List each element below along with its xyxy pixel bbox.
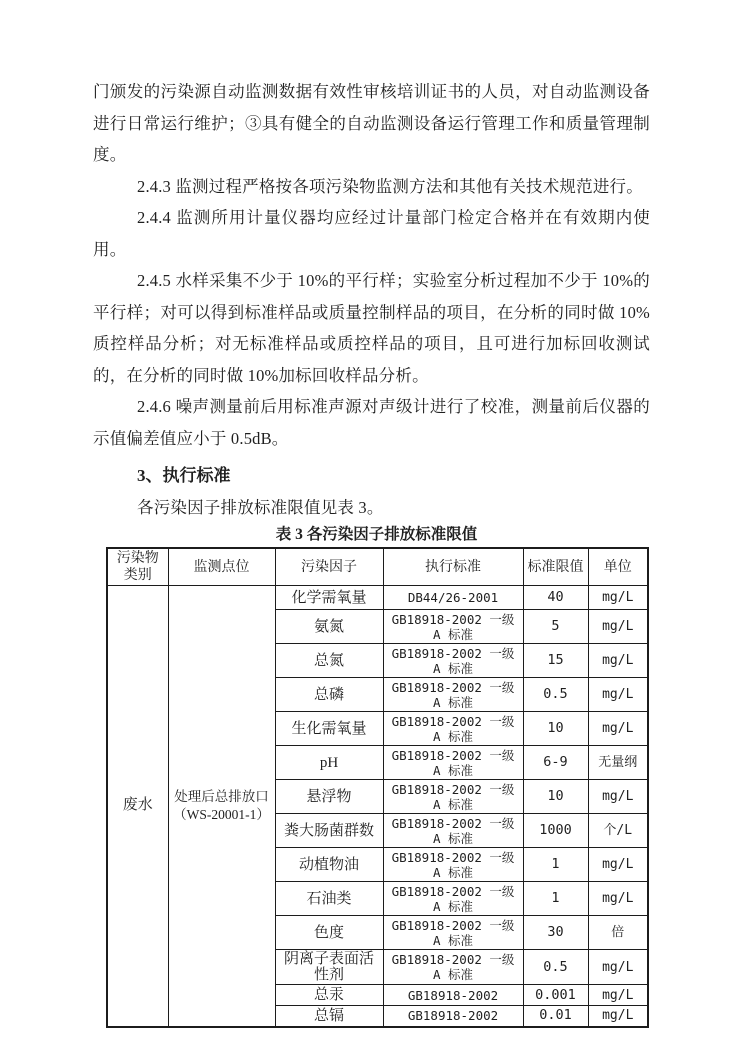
cell-unit: mg/L [588,780,648,814]
paragraph-2-4-4: 2.4.4 监测所用计量仪器均应经过计量部门检定合格并在有效期内使用。 [93,202,650,265]
header-pollutant-factor: 污染因子 [275,548,383,586]
cell-limit: 0.001 [523,985,588,1006]
paragraph-2-4-6: 2.4.6 噪声测量前后用标准声源对声级计进行了校准，测量前后仪器的示值偏差值应… [93,391,650,454]
header-monitoring-point: 监测点位 [168,548,275,586]
cell-factor: 化学需氧量 [275,586,383,610]
cell-category: 废水 [107,586,168,1027]
cell-limit: 1000 [523,814,588,848]
cell-unit: mg/L [588,644,648,678]
table-title: 表 3 各污染因子排放标准限值 [106,525,647,545]
cell-standard: GB18918-2002 一级 A 标准 [383,950,523,985]
cell-factor: 动植物油 [275,848,383,882]
header-executed-standard: 执行标准 [383,548,523,586]
cell-standard: GB18918-2002 [383,985,523,1006]
cell-standard: DB44/26-2001 [383,586,523,610]
cell-limit: 0.5 [523,950,588,985]
cell-standard: GB18918-2002 一级 A 标准 [383,712,523,746]
cell-unit: mg/L [588,985,648,1006]
table-header-row: 污染物类别 监测点位 污染因子 执行标准 标准限值 单位 [107,548,648,586]
cell-factor: 生化需氧量 [275,712,383,746]
cell-unit: mg/L [588,712,648,746]
cell-standard: GB18918-2002 一级 A 标准 [383,848,523,882]
cell-unit: mg/L [588,610,648,644]
cell-factor: 总汞 [275,985,383,1006]
paragraph-continuation: 门颁发的污染源自动监测数据有效性审核培训证书的人员，对自动监测设备进行日常运行维… [93,76,650,171]
cell-limit: 6-9 [523,746,588,780]
cell-limit: 1 [523,848,588,882]
cell-factor: 氨氮 [275,610,383,644]
cell-limit: 10 [523,780,588,814]
cell-limit: 30 [523,916,588,950]
header-standard-limit: 标准限值 [523,548,588,586]
cell-standard: GB18918-2002 一级 A 标准 [383,780,523,814]
cell-limit: 15 [523,644,588,678]
cell-standard: GB18918-2002 一级 A 标准 [383,746,523,780]
cell-standard: GB18918-2002 一级 A 标准 [383,814,523,848]
cell-unit: 无量纲 [588,746,648,780]
cell-unit: mg/L [588,1006,648,1027]
cell-unit: 个/L [588,814,648,848]
cell-factor: 总氮 [275,644,383,678]
cell-factor: 石油类 [275,882,383,916]
cell-factor: 阴离子表面活性剂 [275,950,383,985]
cell-factor: 粪大肠菌群数 [275,814,383,848]
document-page: 门颁发的污染源自动监测数据有效性审核培训证书的人员，对自动监测设备进行日常运行维… [0,0,743,1050]
cell-location: 处理后总排放口（WS-20001-1） [168,586,275,1027]
pollutant-standards-table: 污染物类别 监测点位 污染因子 执行标准 标准限值 单位 废水 处理后总排放口（… [106,547,649,1028]
cell-factor: pH [275,746,383,780]
paragraph-table-ref: 各污染因子排放标准限值见表 3。 [93,492,650,524]
cell-limit: 0.01 [523,1006,588,1027]
paragraph-2-4-5: 2.4.5 水样采集不少于 10%的平行样；实验室分析过程加不少于 10%的平行… [93,265,650,391]
cell-limit: 40 [523,586,588,610]
cell-limit: 1 [523,882,588,916]
cell-factor: 总镉 [275,1006,383,1027]
header-unit: 单位 [588,548,648,586]
cell-limit: 10 [523,712,588,746]
cell-unit: mg/L [588,882,648,916]
cell-unit: 倍 [588,916,648,950]
table-row: 废水 处理后总排放口（WS-20001-1） 化学需氧量 DB44/26-200… [107,586,648,610]
header-pollutant-category: 污染物类别 [107,548,168,586]
cell-unit: mg/L [588,950,648,985]
cell-standard: GB18918-2002 [383,1006,523,1027]
section-heading-standards: 3、执行标准 [93,460,650,492]
cell-limit: 0.5 [523,678,588,712]
cell-unit: mg/L [588,848,648,882]
cell-unit: mg/L [588,586,648,610]
cell-factor: 悬浮物 [275,780,383,814]
cell-standard: GB18918-2002 一级 A 标准 [383,678,523,712]
cell-standard: GB18918-2002 一级 A 标准 [383,916,523,950]
paragraph-2-4-3: 2.4.3 监测过程严格按各项污染物监测方法和其他有关技术规范进行。 [93,171,650,203]
table-body: 废水 处理后总排放口（WS-20001-1） 化学需氧量 DB44/26-200… [107,586,648,1027]
cell-limit: 5 [523,610,588,644]
cell-factor: 色度 [275,916,383,950]
cell-factor: 总磷 [275,678,383,712]
cell-unit: mg/L [588,678,648,712]
cell-standard: GB18918-2002 一级 A 标准 [383,610,523,644]
cell-standard: GB18918-2002 一级 A 标准 [383,882,523,916]
cell-standard: GB18918-2002 一级 A 标准 [383,644,523,678]
